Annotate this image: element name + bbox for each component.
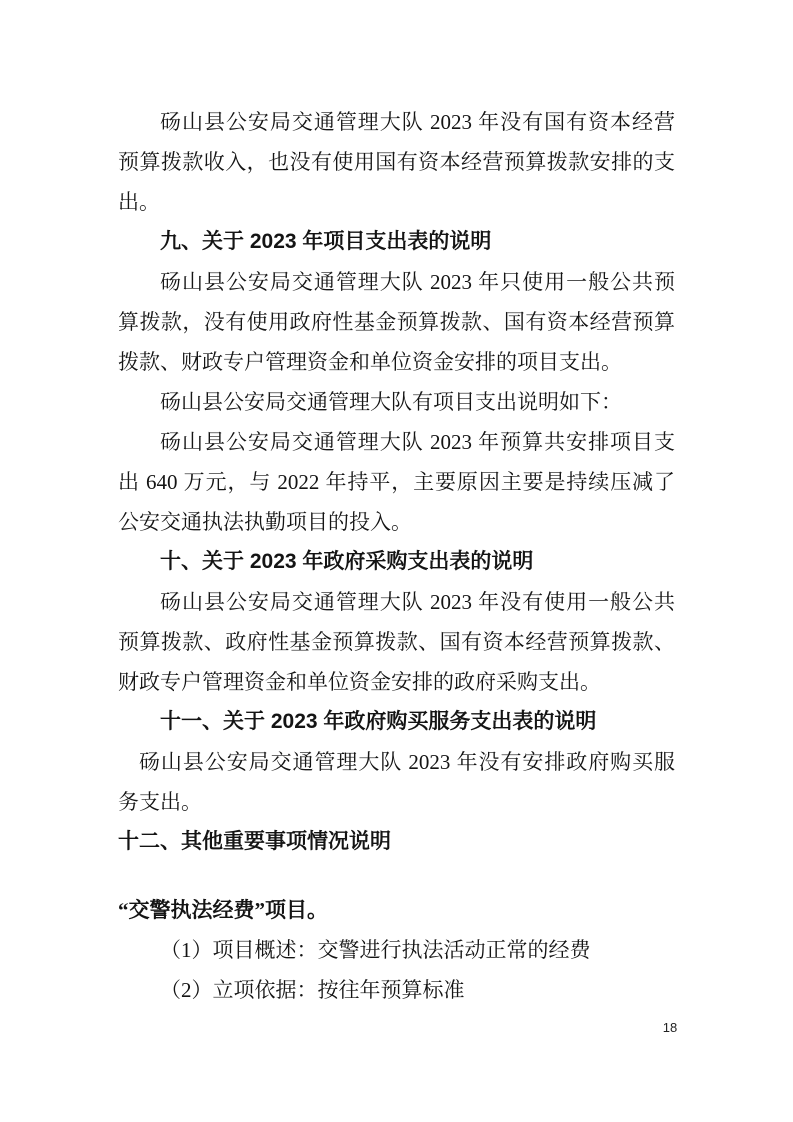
text-line: 财政专户管理资金和单位资金安排的政府采购支出。 <box>118 662 675 702</box>
text-line: 砀山县公安局交通管理大队 2023 年只使用一般公共预 <box>118 262 675 302</box>
document-body: 砀山县公安局交通管理大队 2023 年没有国有资本经营预算拨款收入，也没有使用国… <box>118 102 675 1010</box>
document-page: 砀山县公安局交通管理大队 2023 年没有国有资本经营预算拨款收入，也没有使用国… <box>0 0 793 1122</box>
text-line: 拨款、财政专户管理资金和单位资金安排的项目支出。 <box>118 342 675 382</box>
blank-line <box>118 862 675 890</box>
section-heading: 十、关于 2023 年政府采购支出表的说明 <box>118 542 675 582</box>
section-heading: 十二、其他重要事项情况说明 <box>118 822 675 862</box>
text-line: 砀山县公安局交通管理大队 2023 年预算共安排项目支 <box>118 422 675 462</box>
text-line: 出 640 万元，与 2022 年持平，主要原因主要是持续压减了 <box>118 462 675 502</box>
section-heading: “交警执法经费”项目。 <box>118 890 675 930</box>
text-line: 务支出。 <box>118 782 675 822</box>
text-line: 砀山县公安局交通管理大队有项目支出说明如下： <box>118 382 675 422</box>
text-line: 预算拨款收入，也没有使用国有资本经营预算拨款安排的支 <box>118 142 675 182</box>
text-line: 公安交通执法执勤项目的投入。 <box>118 502 675 542</box>
text-line: （1）项目概述：交警进行执法活动正常的经费 <box>118 930 675 970</box>
section-heading: 十一、关于 2023 年政府购买服务支出表的说明 <box>118 702 675 742</box>
text-line: 砀山县公安局交通管理大队 2023 年没有安排政府购买服 <box>118 742 675 782</box>
text-line: 预算拨款、政府性基金预算拨款、国有资本经营预算拨款、 <box>118 622 675 662</box>
text-line: 砀山县公安局交通管理大队 2023 年没有使用一般公共 <box>118 582 675 622</box>
text-line: 算拨款，没有使用政府性基金预算拨款、国有资本经营预算 <box>118 302 675 342</box>
section-heading: 九、关于 2023 年项目支出表的说明 <box>118 222 675 262</box>
text-line: 出。 <box>118 182 675 222</box>
text-line: （2）立项依据：按往年预算标准 <box>118 970 675 1010</box>
text-line: 砀山县公安局交通管理大队 2023 年没有国有资本经营 <box>118 102 675 142</box>
page-number: 18 <box>658 1020 682 1035</box>
